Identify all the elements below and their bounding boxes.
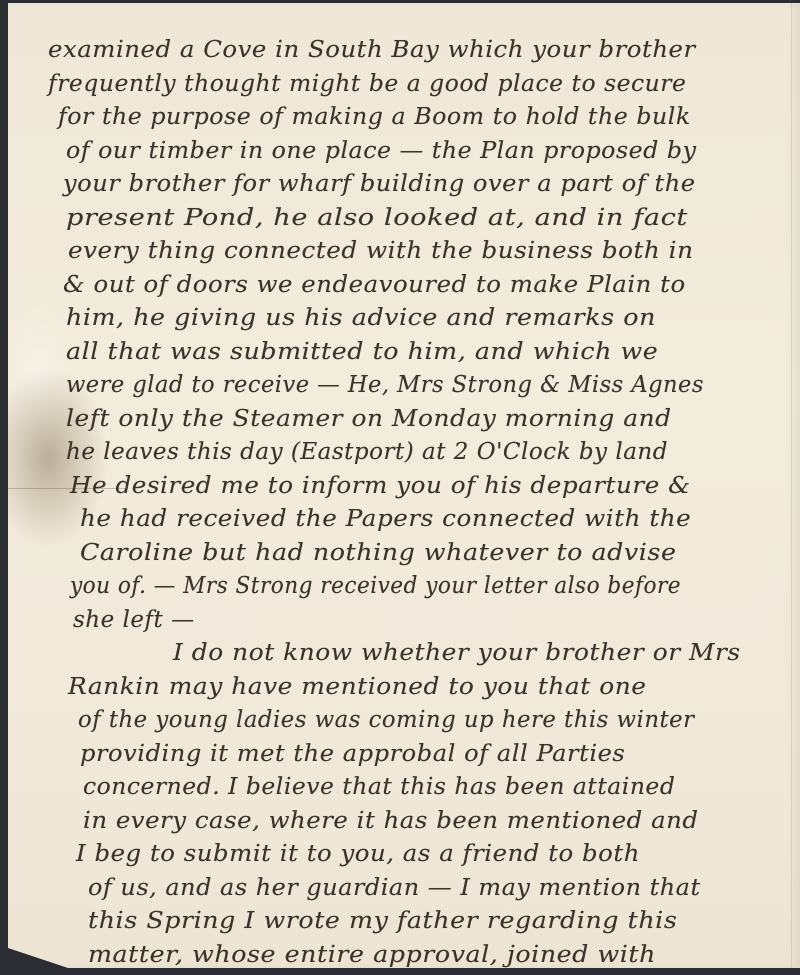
- text-line: for the purpose of making a Boom to hold…: [58, 104, 691, 130]
- text-line: him, he giving us his advice and remarks…: [66, 305, 656, 331]
- text-line: Caroline but had nothing whatever to adv…: [80, 540, 676, 566]
- text-line: in every case, where it has been mention…: [83, 808, 699, 834]
- scan-background: examined a Cove in South Bay which your …: [0, 0, 800, 975]
- text-line: he leaves this day (Eastport) at 2 O'Clo…: [66, 439, 668, 465]
- handwritten-text-block: examined a Cove in South Bay which your …: [8, 3, 800, 968]
- text-line: of the young ladies was coming up here t…: [78, 707, 694, 733]
- text-line: every thing connected with the business …: [68, 238, 693, 264]
- text-line: matter, whose entire approval, joined wi…: [88, 942, 656, 968]
- text-line: I do not know whether your brother or Mr…: [173, 640, 741, 666]
- text-line: & out of doors we endeavoured to make Pl…: [63, 272, 686, 298]
- text-line: were glad to receive — He, Mrs Strong & …: [66, 372, 704, 398]
- text-line: I beg to submit it to you, as a friend t…: [76, 841, 640, 867]
- text-line: left only the Steamer on Monday morning …: [66, 406, 672, 432]
- text-line: He desired me to inform you of his depar…: [70, 473, 691, 499]
- text-line: of us, and as her guardian — I may menti…: [88, 875, 701, 901]
- manuscript-page: examined a Cove in South Bay which your …: [8, 3, 800, 968]
- text-line: she left —: [73, 607, 195, 633]
- text-line: all that was submitted to him, and which…: [66, 339, 658, 365]
- text-line: concerned. I believe that this has been …: [83, 774, 675, 800]
- text-line: frequently thought might be a good place…: [48, 71, 686, 97]
- text-line: this Spring I wrote my father regarding …: [88, 908, 677, 934]
- text-line: he had received the Papers connected wit…: [80, 506, 691, 532]
- text-line: examined a Cove in South Bay which your …: [48, 37, 696, 63]
- text-line: present Pond, he also looked at, and in …: [66, 205, 688, 231]
- text-line: your brother for wharf building over a p…: [63, 171, 696, 197]
- text-line: providing it met the approbal of all Par…: [80, 741, 625, 767]
- text-line: Rankin may have mentioned to you that on…: [68, 674, 647, 700]
- text-line: of our timber in one place — the Plan pr…: [66, 138, 696, 164]
- text-line: you of. — Mrs Strong received your lette…: [70, 573, 681, 599]
